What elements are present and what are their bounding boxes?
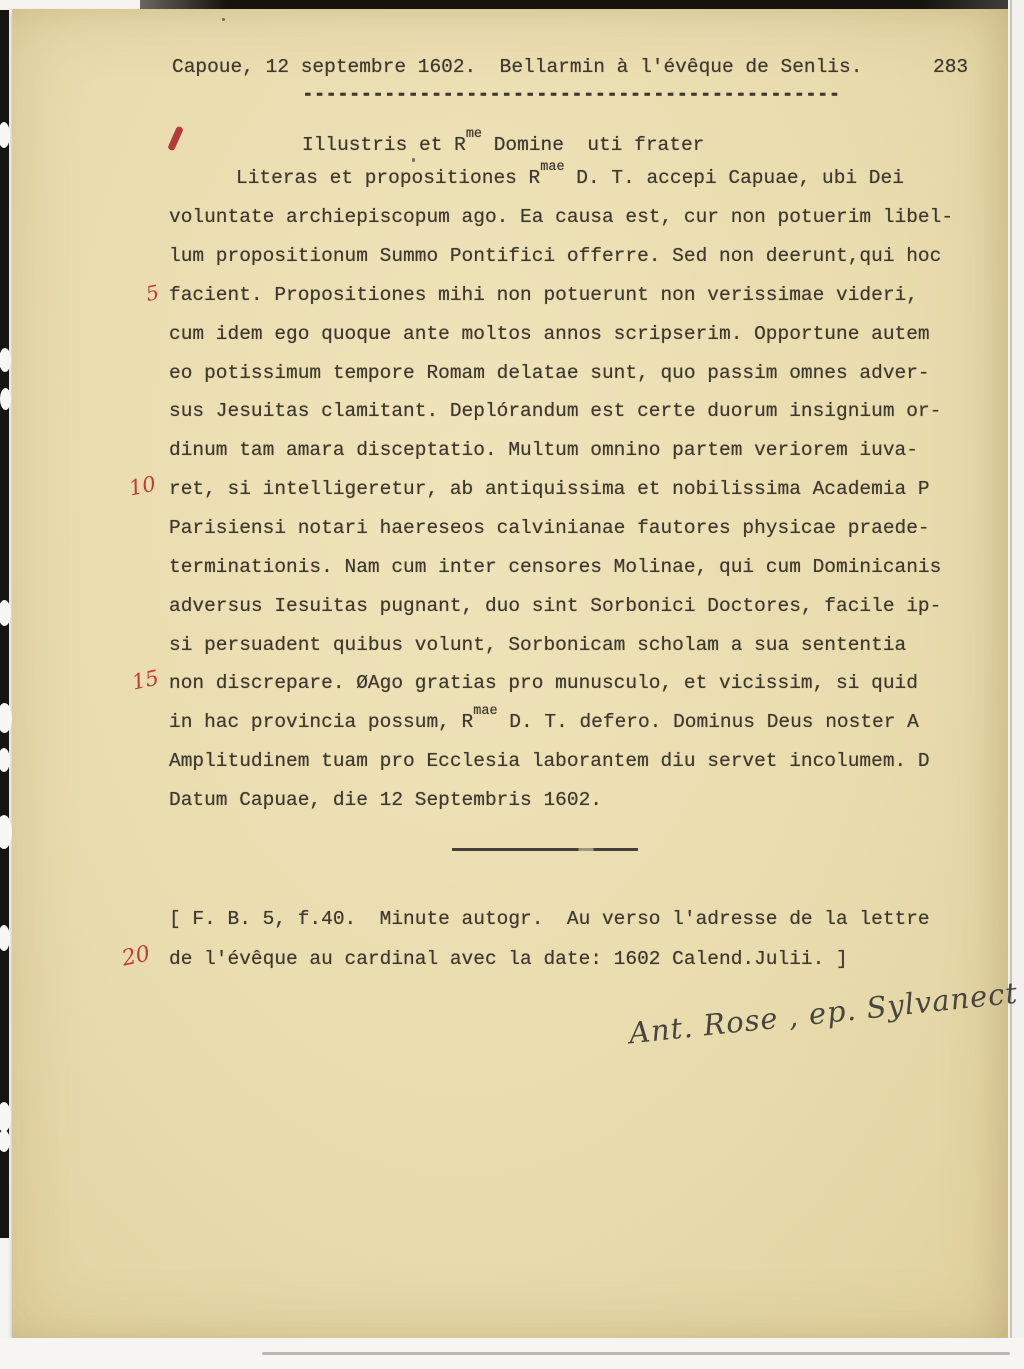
torn-edge-spot — [0, 388, 11, 410]
paper-speck — [222, 18, 225, 21]
text-line: eo potissimum tempore Romam delatae sunt… — [169, 362, 930, 384]
text-line: cum idem ego quoque ante moltos annos sc… — [169, 323, 930, 345]
torn-edge-spot — [0, 815, 12, 849]
scan-right-edge-line — [1010, 0, 1012, 1369]
line-text: D. T. defero. Dominus Deus noster A — [498, 711, 919, 733]
scan-bottom-shadow — [262, 1352, 1010, 1355]
text-line: terminationis. Nam cum inter censores Mo… — [169, 556, 941, 578]
line-text: Illustris et R — [302, 134, 466, 156]
closing-rule — [452, 848, 638, 851]
text-line: Parisiensi notari haereseos calvinianae … — [169, 517, 930, 539]
text-line: adversus Iesuitas pugnant, duo sint Sorb… — [169, 595, 941, 617]
text-line: in hac provincia possum, Rmae D. T. defe… — [169, 711, 919, 733]
torn-edge-spot — [0, 348, 11, 372]
line-text: Domine uti frater — [482, 134, 704, 156]
scanned-letter-page: { "header": { "title": "Capoue, 12 septe… — [0, 0, 1024, 1369]
line-text: D. T. accepi Capuae, ubi Dei — [565, 167, 904, 189]
header-divider-dashes: ----------------------------------------… — [302, 83, 840, 105]
footer-note-line: de l'évêque au cardinal avec la date: 16… — [169, 948, 848, 970]
torn-edge-spot — [0, 703, 12, 733]
header-title: Capoue, 12 septembre 1602. Bellarmin à l… — [172, 56, 862, 78]
line-text: Literas et propositiones R — [236, 167, 540, 189]
text-line: lum propositionum Summo Pontifici offerr… — [169, 245, 941, 267]
line-text: in hac provincia possum, R — [169, 711, 473, 733]
torn-edge-spot — [0, 600, 11, 626]
text-line: voluntate archiepiscopum ago. Ea causa e… — [169, 206, 953, 228]
text-line: Datum Capuae, die 12 Septembris 1602. — [169, 789, 602, 811]
text-line: si persuadent quibus volunt, Sorbonicam … — [169, 634, 906, 656]
text-line: dinum tam amara disceptatio. Multum omni… — [169, 439, 918, 461]
text-line: facient. Propositiones mihi non potuerun… — [169, 284, 918, 306]
superscript: me — [466, 127, 482, 142]
scan-top-edge — [140, 0, 1008, 9]
text-line: ret, si intelligeretur, ab antiquissima … — [169, 478, 930, 500]
text-line: Amplitudinem tuam pro Ecclesia laborante… — [169, 750, 930, 772]
page-number: 283 — [933, 56, 968, 78]
text-line: Illustris et Rme Domine uti frater — [302, 134, 704, 156]
text-line: sus Jesuitas clamitant. Deplórandum est … — [169, 400, 941, 422]
superscript: mae — [540, 160, 564, 175]
text-line: Literas et propositiones Rmae D. T. acce… — [236, 167, 904, 189]
text-line: non discrepare. ØAgo gratias pro munuscu… — [169, 672, 918, 694]
superscript: mae — [473, 704, 497, 719]
footer-note-line: [ F. B. 5, f.40. Minute autogr. Au verso… — [169, 908, 930, 930]
torn-edge-spot — [0, 1102, 11, 1132]
paper-speck — [412, 158, 415, 162]
